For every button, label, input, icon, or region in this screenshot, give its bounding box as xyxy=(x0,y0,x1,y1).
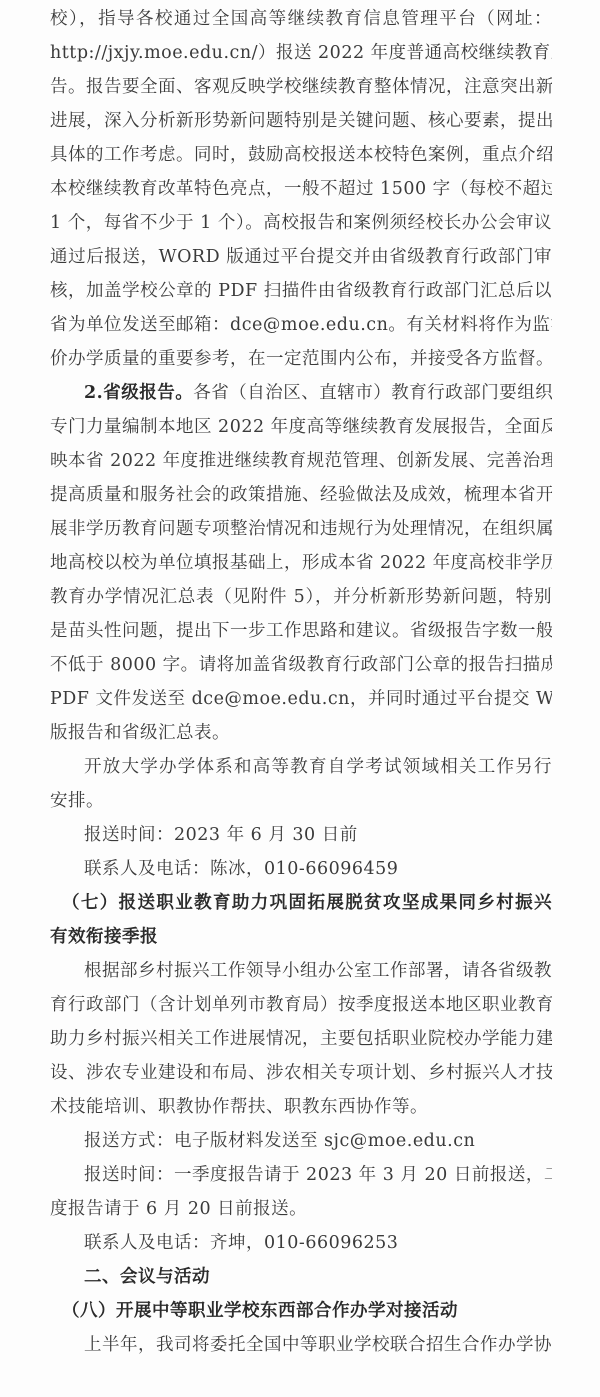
paragraph-line: 校），指导各校通过全国高等继续教育信息管理平台（网址： xyxy=(50,2,552,36)
paragraph-line: 报送时间：2023 年 6 月 30 日前 xyxy=(84,818,552,852)
paragraph-line: 开放大学办学体系和高等教育自学考试领域相关工作另行 xyxy=(84,750,552,784)
paragraph-line: 联系人及电话：陈冰，010-66096459 xyxy=(84,852,552,886)
paragraph-line: 报送方式：电子版材料发送至 sjc@moe.edu.cn xyxy=(84,1124,552,1158)
line-text: 各省（自治区、直辖市）教育行政部门要组织 xyxy=(193,383,552,403)
paragraph-line: 通过后报送，WORD 版通过平台提交并由省级教育行政部门审 xyxy=(50,240,552,274)
paragraph-line: 上半年，我司将委托全国中等职业学校联合招生合作办学协 xyxy=(84,1328,552,1362)
inline-bold-label: 2.省级报告。 xyxy=(84,383,193,403)
paragraph-line: 助力乡村振兴相关工作进展情况，主要包括职业院校办学能力建 xyxy=(50,1022,552,1056)
document-page: 校），指导各校通过全国高等继续教育信息管理平台（网址：http://jxjy.m… xyxy=(0,0,600,1397)
paragraph-line: 专门力量编制本地区 2022 年度高等继续教育发展报告，全面反 xyxy=(50,410,552,444)
paragraph-line: 核，加盖学校公章的 PDF 扫描件由省级教育行政部门汇总后以 xyxy=(50,274,552,308)
paragraph-line: 版报告和省级汇总表。 xyxy=(50,716,552,750)
paragraph-line: 术技能培训、职教协作帮扶、职教东西协作等。 xyxy=(50,1090,552,1124)
paragraph-line: PDF 文件发送至 dce@moe.edu.cn，并同时通过平台提交 WORD xyxy=(50,682,552,716)
paragraph-line: 告。报告要全面、客观反映学校继续教育整体情况，注意突出新 xyxy=(50,70,552,104)
paragraph-line: 提高质量和服务社会的政策措施、经验做法及成效，梳理本省开 xyxy=(50,478,552,512)
paragraph-line: 不低于 8000 字。请将加盖省级教育行政部门公章的报告扫描成 xyxy=(50,648,552,682)
paragraph-line: 价办学质量的重要参考，在一定范围内公布，并接受各方监督。 xyxy=(50,342,552,376)
paragraph-line: 度报告请于 6 月 20 日前报送。 xyxy=(50,1192,552,1226)
subsection-heading: （七）报送职业教育助力巩固拓展脱贫攻坚成果同乡村振兴 xyxy=(62,886,552,920)
paragraph-line: 报送时间：一季度报告请于 2023 年 3 月 20 日前报送，二季 xyxy=(84,1158,552,1192)
section-heading: 二、会议与活动 xyxy=(84,1260,552,1294)
paragraph-line: 地高校以校为单位填报基础上，形成本省 2022 年度高校非学历 xyxy=(50,546,552,580)
paragraph-line: 映本省 2022 年度推进继续教育规范管理、创新发展、完善治理、 xyxy=(50,444,552,478)
paragraph-line: 教育办学情况汇总表（见附件 5），并分析新形势新问题，特别 xyxy=(50,580,552,614)
paragraph-line: 根据部乡村振兴工作领导小组办公室工作部署，请各省级教 xyxy=(84,954,552,988)
paragraph-line: 安排。 xyxy=(50,784,552,818)
paragraph-line: 2.省级报告。各省（自治区、直辖市）教育行政部门要组织 xyxy=(84,376,552,410)
subsection-heading: 有效衔接季报 xyxy=(50,920,552,954)
section-heading-8: （八）开展中等职业学校东西部合作办学对接活动 xyxy=(62,1294,552,1328)
paragraph-line: 进展，深入分析新形势新问题特别是关键问题、核心要素，提出 xyxy=(50,104,552,138)
paragraph-line: 育行政部门（含计划单列市教育局）按季度报送本地区职业教育 xyxy=(50,988,552,1022)
paragraph-line: 设、涉农专业建设和布局、涉农相关专项计划、乡村振兴人才技 xyxy=(50,1056,552,1090)
paragraph-line: 具体的工作考虑。同时，鼓励高校报送本校特色案例，重点介绍 xyxy=(50,138,552,172)
paragraph-line: http://jxjy.moe.edu.cn/）报送 2022 年度普通高校继续… xyxy=(50,36,552,70)
paragraph-line: 1 个，每省不少于 1 个）。高校报告和案例须经校长办公会审议 xyxy=(50,206,552,240)
paragraph-line: 省为单位发送至邮箱：dce@moe.edu.cn。有关材料将作为监测评 xyxy=(50,308,552,342)
paragraph-line: 展非学历教育问题专项整治情况和违规行为处理情况，在组织属 xyxy=(50,512,552,546)
paragraph-line: 联系人及电话：齐坤，010-66096253 xyxy=(84,1226,552,1260)
paragraph-line: 本校继续教育改革特色亮点，一般不超过 1500 字（每校不超过 xyxy=(50,172,552,206)
paragraph-line: 是苗头性问题，提出下一步工作思路和建议。省级报告字数一般 xyxy=(50,614,552,648)
